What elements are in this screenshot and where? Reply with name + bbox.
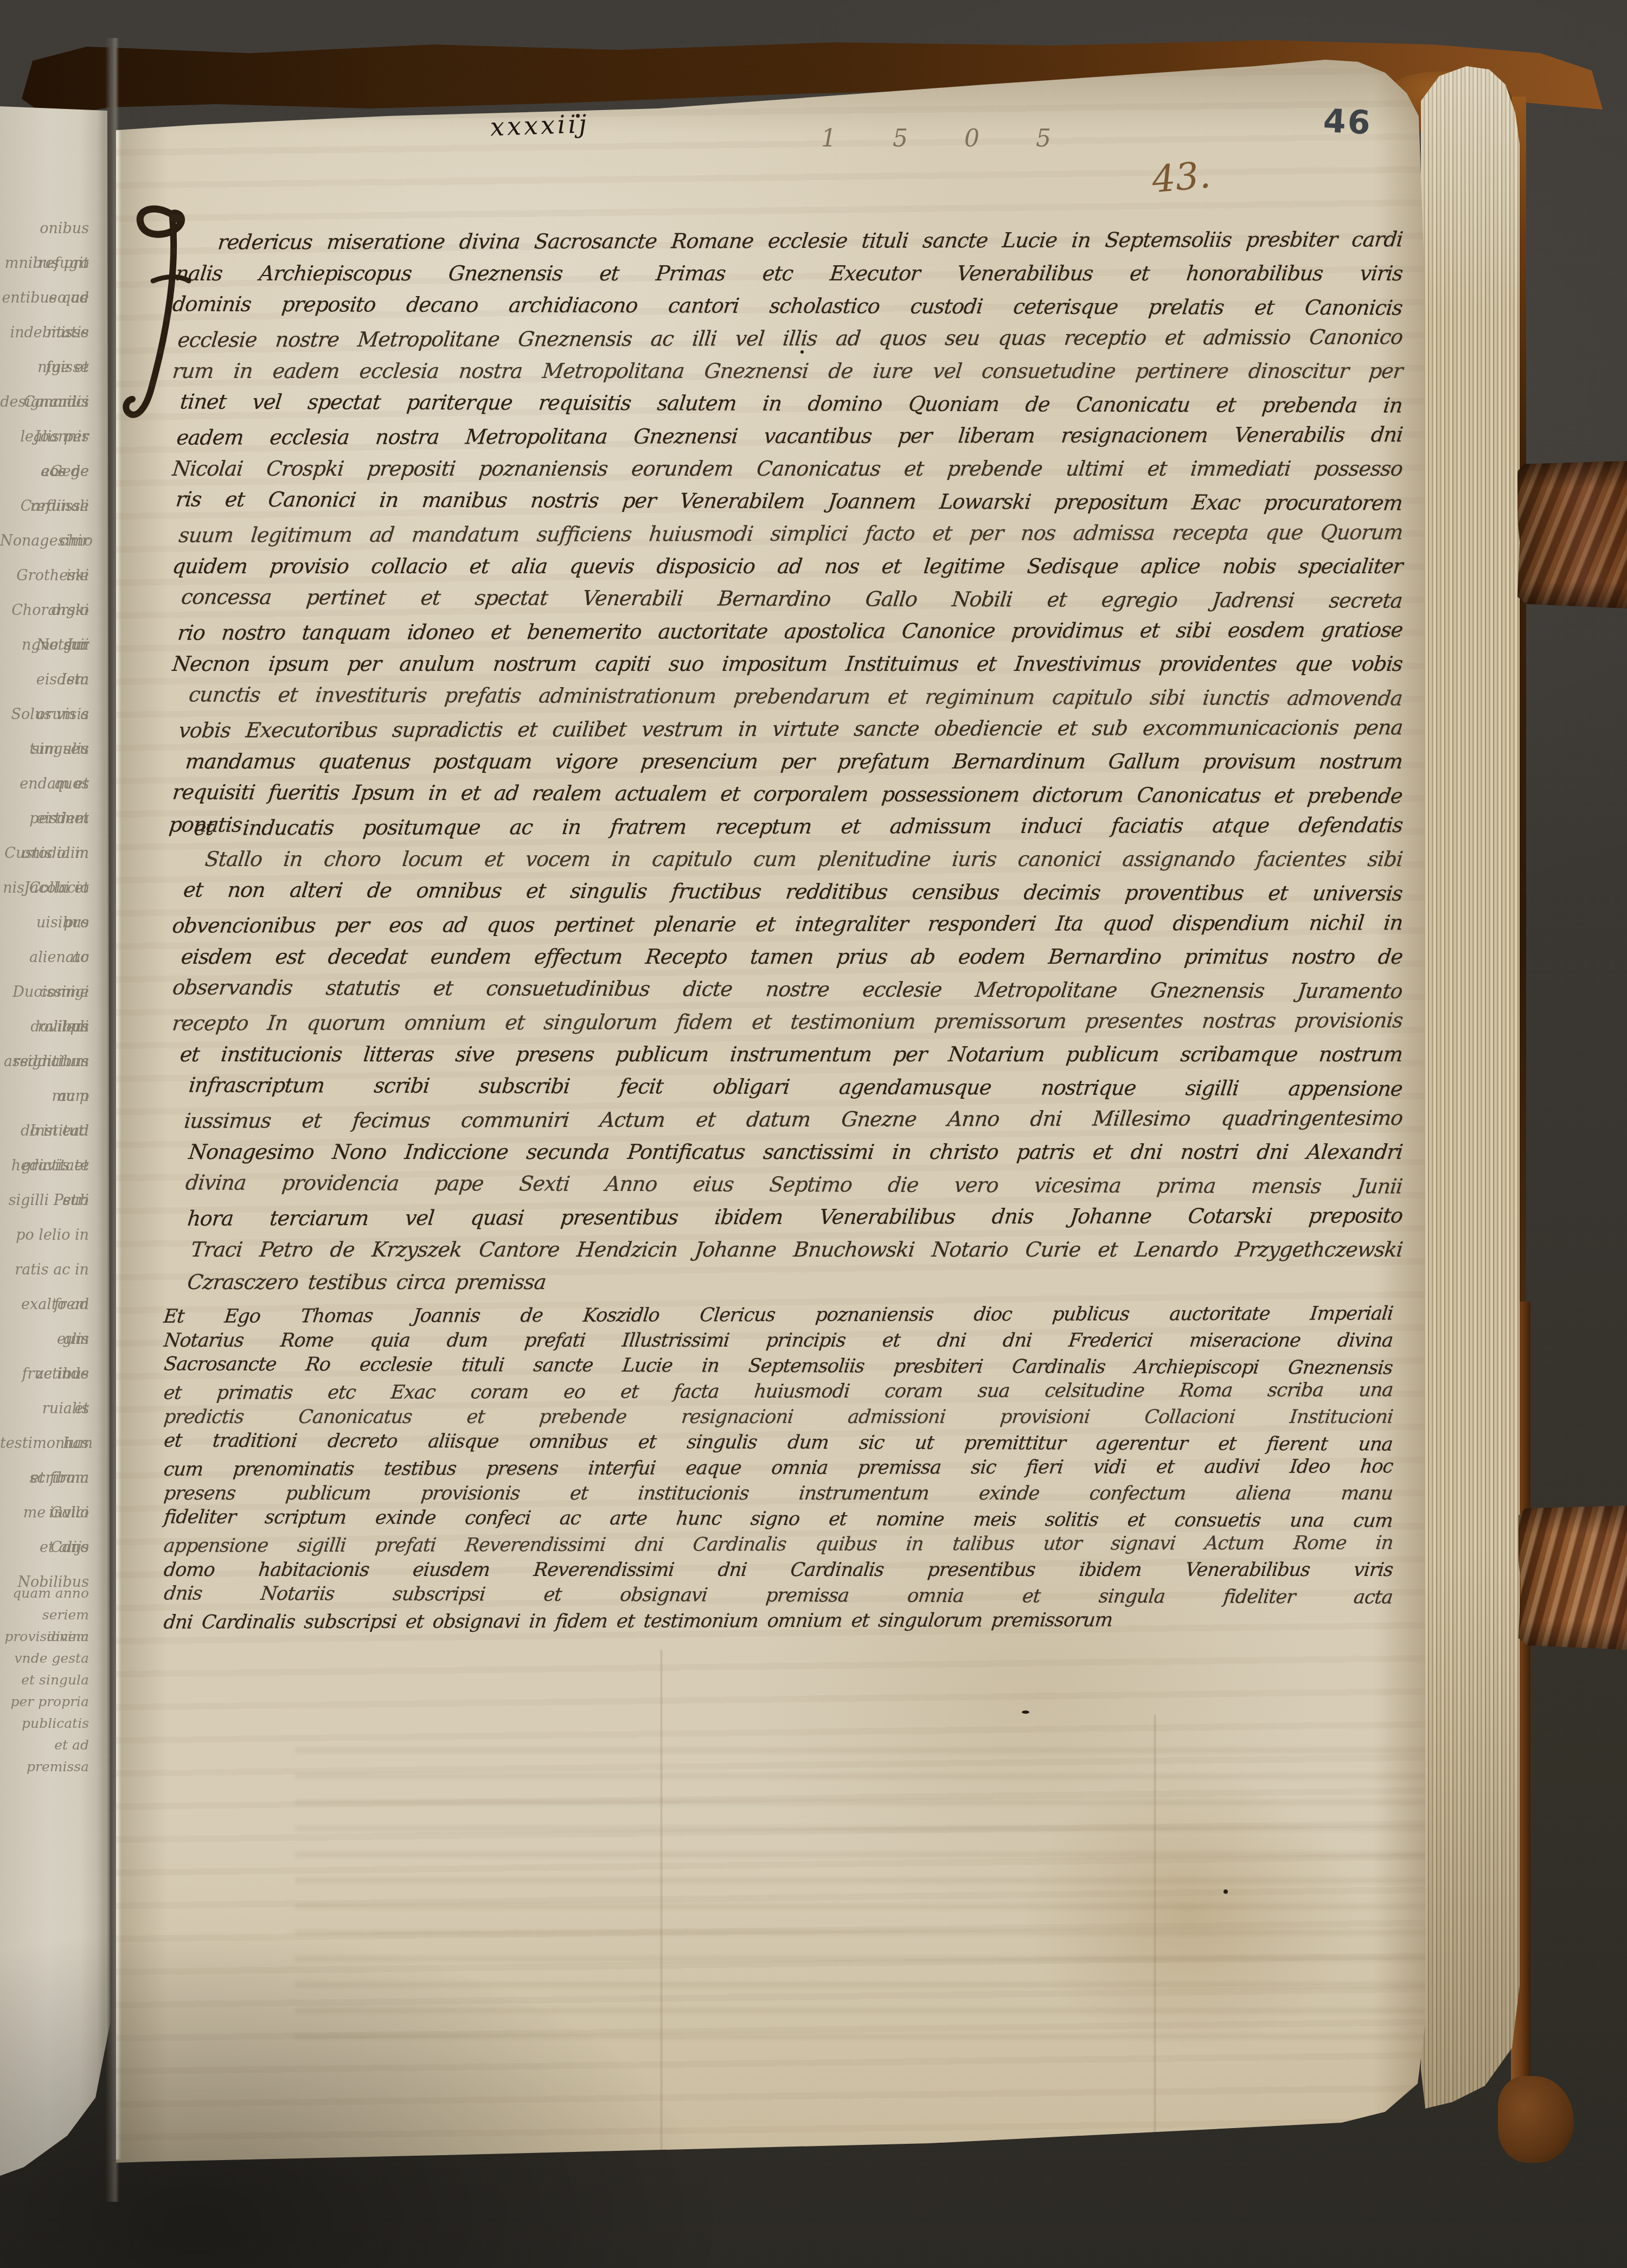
text-line-fragment: eisdem Solus visis	[0, 663, 89, 697]
text-line: recepto In quorum omnium et singulorum f…	[171, 1004, 1405, 1040]
text-line-fragment: me Gallo Cano	[0, 1496, 89, 1530]
text-line-fragment: et singula	[0, 1669, 89, 1691]
text-line: et inducatis positumque ac in fratrem re…	[171, 809, 1405, 844]
text-line: requisiti fueritis Ipsum in et ad realem…	[171, 776, 1404, 812]
text-line: Et Ego Thomas Joannis de Koszidlo Cleric…	[162, 1301, 1394, 1330]
text-line: et traditioni decreto aliisque omnibus e…	[163, 1428, 1394, 1457]
text-line: obvencionibus per eos ad quos pertinet p…	[171, 906, 1405, 942]
text-line-fragment: uisibus alienato	[0, 906, 89, 940]
text-line: Traci Petro de Krzyszek Cantore Hendzici…	[171, 1233, 1404, 1266]
book-fore-edge	[1421, 63, 1520, 2130]
text-line-fragment: glis fructibus	[0, 1322, 89, 1357]
page-crease	[1154, 1715, 1156, 2181]
text-line-fragment: ratis ac in frem	[0, 1253, 89, 1287]
text-line: Nicolai Crospki prepositi poznaniensis e…	[171, 452, 1404, 485]
text-line: ecclesie nostre Metropolitane Gneznensis…	[171, 321, 1405, 356]
text-line: dnis Notariis subscripsi et obsignavi pr…	[163, 1581, 1394, 1610]
text-line-fragment: et ad premissa	[0, 1734, 89, 1756]
text-line: Sacrosancte Ro ecclesie tituli sancte Lu…	[163, 1351, 1394, 1381]
faint-year-inscription: 1505	[821, 125, 1107, 152]
text-line-fragment: assignatum ac p	[0, 1045, 89, 1079]
ink-speck	[800, 350, 804, 354]
text-line-fragment: nis Collacio pro	[0, 871, 89, 906]
text-line-fragment: sigilli Petri	[0, 1183, 89, 1218]
facing-page-text-fragments-lower: quam annoseriem divinaprovisionemvnde ge…	[0, 1583, 89, 1756]
text-line: infrascriptum scribi subscribi fecit obl…	[171, 1068, 1404, 1105]
text-line: fideliter scriptum exinde confeci ac art…	[163, 1504, 1394, 1534]
text-line: Stallo in choro locum et vocem in capitu…	[171, 843, 1404, 875]
ink-speck	[1022, 1710, 1029, 1714]
ink-speck	[576, 114, 580, 118]
text-line: dni Cardinalis subscripsi et obsignavi i…	[162, 1607, 1394, 1636]
quire-signature: xxxxiij	[490, 109, 590, 142]
text-line: eisdem est decedat eundem effectum Recep…	[171, 940, 1404, 973]
text-line: redericus miseratione divina Sacrosancte…	[171, 223, 1405, 259]
text-line-fragment: onibus refugit	[0, 212, 89, 246]
text-line-fragment: lealis per eos de	[0, 420, 89, 454]
cover-bottom-corner	[1498, 2076, 1574, 2163]
text-line: Necnon ipsum per anulum nostrum capiti s…	[171, 648, 1404, 680]
text-line: Nonagesimo Nono Indiccione secunda Ponti…	[171, 1136, 1404, 1168]
notarial-paragraph-2: Et Ego Thomas Joannis de Koszidlo Cleric…	[164, 1303, 1393, 1634]
text-line-fragment: nige et designandis	[0, 350, 89, 385]
facing-page-text-fragments-upper: onibus refugitmnibus pro eo adentibus qu…	[0, 212, 89, 1565]
leather-clasp-strap-lower	[1519, 1505, 1627, 1650]
text-line-fragment: seriem divina	[0, 1604, 89, 1626]
text-line: tinet vel spectat pariterque requisitis …	[171, 385, 1404, 421]
text-line-fragment: et firma invici	[0, 1461, 89, 1496]
ink-speck	[1224, 1889, 1228, 1894]
text-line: appensione sigilli prefati Reverendissim…	[162, 1530, 1394, 1559]
folio-number-modern: 46	[1322, 102, 1373, 143]
text-line: vobis Executoribus supradictis et cuilib…	[171, 711, 1405, 747]
manuscript-page: xxxxiij 1505 46 43. redericus miseration…	[116, 50, 1425, 2165]
leather-clasp-strap-upper	[1517, 461, 1627, 608]
text-line-fragment: refuisse Nonagesimo	[0, 489, 89, 524]
text-line: concessa pertinet et spectat Venerabili …	[171, 580, 1404, 617]
text-line: divina providencia pape Sexti Anno eius …	[171, 1166, 1404, 1202]
text-line-fragment: ze inde ruialis	[0, 1357, 89, 1392]
text-line-fragment: exalto ad eum	[0, 1287, 89, 1322]
text-line-fragment: po lelio in	[0, 1218, 89, 1253]
text-line: cum prenominatis testibus presens interf…	[162, 1454, 1394, 1483]
text-line-fragment: quam anno	[0, 1583, 89, 1604]
text-line: rio nostro tanquam idoneo et benemerito …	[171, 613, 1405, 649]
text-line-fragment: mum Instituti	[0, 1079, 89, 1114]
text-line-fragment: ngne sua Ista	[0, 628, 89, 663]
text-line-fragment: ace de Cardinali	[0, 454, 89, 489]
text-line-fragment: entibus que indebitatis	[0, 281, 89, 316]
text-line-fragment: vnde gesta	[0, 1648, 89, 1669]
text-line-fragment: endam et pertinet	[0, 767, 89, 802]
text-line: dominis preposito decano archidiacono ca…	[171, 287, 1404, 324]
text-line-fragment: eisdem Custodia in	[0, 802, 89, 836]
text-line: rum in eadem ecclesia nostra Metropolita…	[171, 355, 1404, 387]
text-line: et non alteri de omnibus et singulis fru…	[171, 873, 1404, 909]
text-line-fragment: mnibus pro eo ad	[0, 246, 89, 281]
text-line: ris et Canonici in manibus nostris per V…	[171, 483, 1404, 519]
text-line: suum legitimum ad mandatum sufficiens hu…	[171, 516, 1405, 552]
text-line: et institucionis litteras sive presens p…	[171, 1038, 1404, 1071]
text-line-fragment: provisionem	[0, 1626, 89, 1648]
photograph-of-manuscript-codex: onibus refugitmnibus pro eo adentibus qu…	[0, 0, 1627, 2268]
text-line: domo habitacionis eiusdem Reverendissimi…	[163, 1558, 1394, 1583]
text-line: mandamus quatenus postquam vigore presen…	[171, 745, 1404, 778]
text-line: Notarius Rome quia dum prefati Illustris…	[163, 1328, 1394, 1354]
text-line-fragment: publicatis	[0, 1713, 89, 1734]
text-line: et primatis etc Exac coram eo et facta h…	[162, 1378, 1394, 1406]
main-text-paragraph-1: redericus miseratione divina Sacrosancte…	[172, 225, 1402, 1266]
text-line: presens publicum provisionis et instituc…	[163, 1481, 1394, 1507]
facing-page-sliver: onibus refugitmnibus pro eo adentibus qu…	[0, 106, 114, 2221]
ink-bleed-through	[295, 1747, 1477, 2040]
text-line-fragment: ralibus redditibus	[0, 1010, 89, 1045]
text-line: predictis Canonicatus et prebende resign…	[163, 1405, 1394, 1430]
text-line: cunctis et investituris prefatis adminis…	[171, 678, 1404, 714]
text-line-fragment: do in ead gravitate	[0, 1114, 89, 1149]
text-line-fragment: per propria	[0, 1691, 89, 1713]
text-line: quidem provisio collacio et alia quevis …	[171, 550, 1404, 582]
text-line: iussimus et fecimus communiri Actum et d…	[171, 1101, 1405, 1137]
text-line: nalis Archiepiscopus Gneznensis et Prima…	[171, 257, 1404, 290]
text-line: observandis statutis et consuetudinibus …	[171, 971, 1404, 1007]
text-line: eadem ecclesia nostra Metropolitana Gnez…	[171, 418, 1405, 454]
folio-number-old: 43.	[1150, 153, 1213, 201]
text-line-fragment: hedictis et sub	[0, 1149, 89, 1183]
page-crease	[661, 1650, 662, 2192]
text-line: hora terciarum vel quasi presentibus ibi…	[171, 1199, 1405, 1235]
text-line-fragment: et alijs Nobilibus	[0, 1530, 89, 1565]
stray-ink-stroke	[1177, 2164, 1182, 2192]
text-line-fragment: tum seu quos	[0, 732, 89, 767]
